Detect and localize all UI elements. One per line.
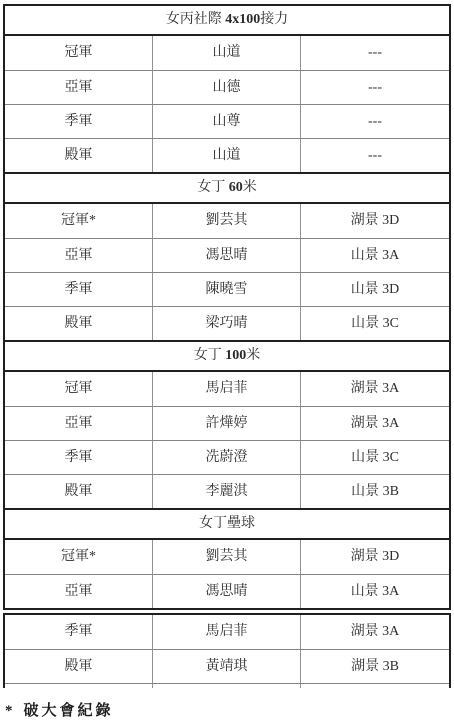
section-header-text: 女丁壘球 bbox=[199, 516, 255, 531]
class-cell: 山景 3B bbox=[301, 475, 449, 508]
class-cell: 山景 3A bbox=[301, 239, 449, 272]
class-cell: --- bbox=[301, 139, 449, 172]
name-cell: 劉芸其 bbox=[153, 540, 301, 574]
rank-cell: 季軍 bbox=[5, 441, 153, 474]
rank-cell: 亞軍 bbox=[5, 239, 153, 272]
name-cell: 冼蔚澄 bbox=[153, 441, 301, 474]
stub-cell bbox=[153, 684, 301, 688]
rank-cell: 殿軍 bbox=[5, 650, 153, 683]
section-header-text: 女丙社際 bbox=[166, 12, 226, 27]
section-header-number: 100 bbox=[225, 348, 246, 363]
table-row: 亞軍 許燁婷 湖景 3A bbox=[5, 406, 449, 440]
name-cell: 劉芸其 bbox=[153, 204, 301, 238]
class-cell: --- bbox=[301, 36, 449, 70]
table-row: 亞軍 馮思晴 山景 3A bbox=[5, 574, 449, 608]
name-cell: 馮思晴 bbox=[153, 239, 301, 272]
class-cell: 湖景 3A bbox=[301, 407, 449, 440]
rank-cell: 季軍 bbox=[5, 273, 153, 306]
rank-cell: 季軍 bbox=[5, 615, 153, 649]
name-cell: 馬启菲 bbox=[153, 372, 301, 406]
rank-cell: 冠軍 bbox=[5, 36, 153, 70]
name-cell: 山道 bbox=[153, 36, 301, 70]
rank-cell: 亞軍 bbox=[5, 575, 153, 608]
class-cell: 湖景 3D bbox=[301, 204, 449, 238]
rank-cell: 亞軍 bbox=[5, 71, 153, 104]
name-cell: 馬启菲 bbox=[153, 615, 301, 649]
section-header-number: 60 bbox=[229, 180, 243, 195]
table-row: 季軍 陳曉雪 山景 3D bbox=[5, 272, 449, 306]
name-cell: 梁巧晴 bbox=[153, 307, 301, 340]
table-row: 季軍 冼蔚澄 山景 3C bbox=[5, 440, 449, 474]
rank-cell: 亞軍 bbox=[5, 407, 153, 440]
table-row: 冠軍* 劉芸其 湖景 3D bbox=[5, 540, 449, 574]
class-cell: 湖景 3A bbox=[301, 372, 449, 406]
name-cell: 李麗淇 bbox=[153, 475, 301, 508]
table-row: 季軍 山尊 --- bbox=[5, 104, 449, 138]
results-table-continuation: 季軍 馬启菲 湖景 3A 殿軍 黃靖琪 湖景 3B bbox=[3, 613, 451, 688]
section-header-suffix: 米 bbox=[246, 348, 260, 363]
rank-cell: 季軍 bbox=[5, 105, 153, 138]
section-60m: 女丁 60米 冠軍* 劉芸其 湖景 3D 亞軍 馮思晴 山景 3A 季軍 陳曉雪… bbox=[5, 172, 449, 340]
class-cell: 湖景 3A bbox=[301, 615, 449, 649]
section-header-suffix: 米 bbox=[243, 180, 257, 195]
name-cell: 陳曉雪 bbox=[153, 273, 301, 306]
section-header-text: 女丁 bbox=[194, 348, 226, 363]
class-cell: 山景 3A bbox=[301, 575, 449, 608]
rank-cell: 冠軍 bbox=[5, 372, 153, 406]
section-header-number: 4x100 bbox=[225, 12, 260, 27]
table-row: 亞軍 馮思晴 山景 3A bbox=[5, 238, 449, 272]
name-cell: 黃靖琪 bbox=[153, 650, 301, 683]
table-continuation-stub bbox=[5, 683, 449, 688]
table-row: 殿軍 山道 --- bbox=[5, 138, 449, 172]
table-row: 亞軍 山德 --- bbox=[5, 70, 449, 104]
table-row: 季軍 馬启菲 湖景 3A bbox=[5, 615, 449, 649]
name-cell: 馮思晴 bbox=[153, 575, 301, 608]
name-cell: 許燁婷 bbox=[153, 407, 301, 440]
table-row: 冠軍 馬启菲 湖景 3A bbox=[5, 372, 449, 406]
results-document-page: 女丙社際 4x100接力 冠軍 山道 --- 亞軍 山德 --- 季軍 山尊 -… bbox=[0, 0, 454, 720]
class-cell: 山景 3C bbox=[301, 441, 449, 474]
section-header-suffix: 接力 bbox=[260, 12, 288, 27]
rank-cell: 殿軍 bbox=[5, 307, 153, 340]
results-table: 女丙社際 4x100接力 冠軍 山道 --- 亞軍 山德 --- 季軍 山尊 -… bbox=[3, 4, 451, 610]
class-cell: 湖景 3D bbox=[301, 540, 449, 574]
rank-cell: 殿軍 bbox=[5, 475, 153, 508]
table-row: 殿軍 黃靖琪 湖景 3B bbox=[5, 649, 449, 683]
class-cell: --- bbox=[301, 105, 449, 138]
rank-cell: 殿軍 bbox=[5, 139, 153, 172]
class-cell: --- bbox=[301, 71, 449, 104]
name-cell: 山德 bbox=[153, 71, 301, 104]
section-header: 女丁 60米 bbox=[5, 174, 449, 204]
footnote: *破大會紀錄 bbox=[5, 699, 454, 720]
section-header-text: 女丁 bbox=[197, 180, 229, 195]
name-cell: 山道 bbox=[153, 139, 301, 172]
footnote-text: 破大會紀錄 bbox=[24, 703, 114, 719]
section-header: 女丙社際 4x100接力 bbox=[5, 6, 449, 36]
section-relay: 女丙社際 4x100接力 冠軍 山道 --- 亞軍 山德 --- 季軍 山尊 -… bbox=[5, 6, 449, 172]
section-100m: 女丁 100米 冠軍 馬启菲 湖景 3A 亞軍 許燁婷 湖景 3A 季軍 冼蔚澄… bbox=[5, 340, 449, 508]
name-cell: 山尊 bbox=[153, 105, 301, 138]
table-row: 殿軍 梁巧晴 山景 3C bbox=[5, 306, 449, 340]
rank-cell: 冠軍* bbox=[5, 540, 153, 574]
stub-cell bbox=[5, 684, 153, 688]
record-asterisk-marker: * bbox=[5, 703, 14, 720]
class-cell: 山景 3D bbox=[301, 273, 449, 306]
section-softball: 女丁壘球 冠軍* 劉芸其 湖景 3D 亞軍 馮思晴 山景 3A bbox=[5, 508, 449, 608]
class-cell: 山景 3C bbox=[301, 307, 449, 340]
stub-cell bbox=[301, 684, 449, 688]
table-row: 冠軍* 劉芸其 湖景 3D bbox=[5, 204, 449, 238]
rank-cell: 冠軍* bbox=[5, 204, 153, 238]
section-header: 女丁壘球 bbox=[5, 510, 449, 540]
class-cell: 湖景 3B bbox=[301, 650, 449, 683]
table-row: 冠軍 山道 --- bbox=[5, 36, 449, 70]
section-header: 女丁 100米 bbox=[5, 342, 449, 372]
table-row: 殿軍 李麗淇 山景 3B bbox=[5, 474, 449, 508]
